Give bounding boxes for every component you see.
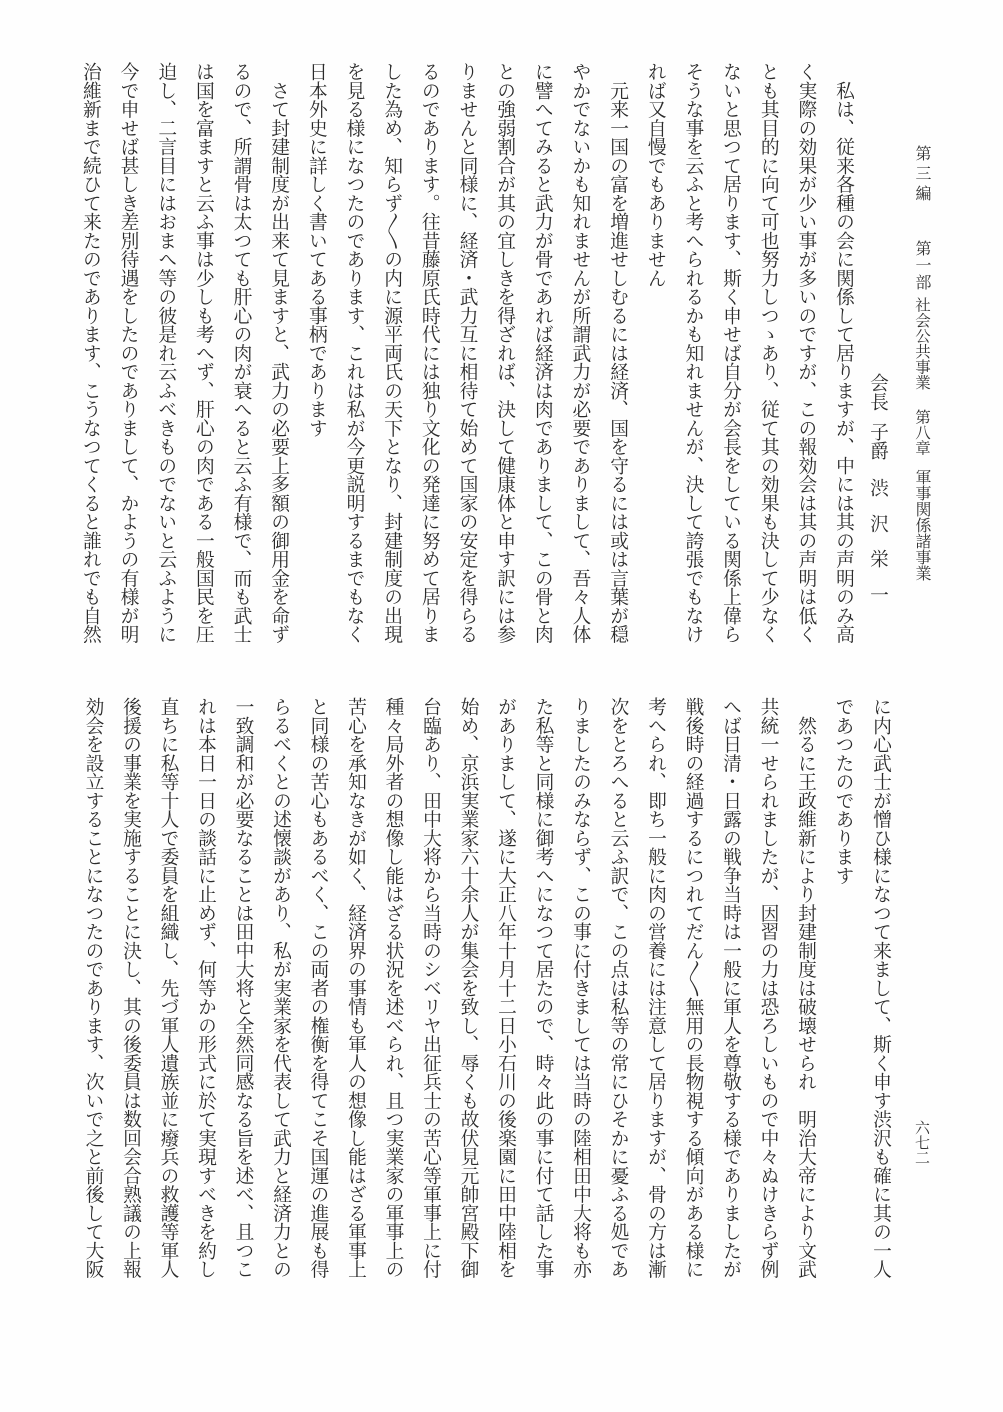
author-title: 会長 bbox=[867, 373, 888, 411]
text-column: 私は、従来各種の会に関係して居りますが、中には其の声明のみ高 bbox=[824, 62, 862, 644]
text-column: 次をとろへると云ふ訳で、この点は私等の常にひそかに憂ふる処であ bbox=[599, 697, 637, 1279]
text-column: がありまして、遂に大正八年十月十二日小石川の後楽園に田中陸相を bbox=[487, 697, 525, 1279]
header-part-label: 第三編 bbox=[913, 145, 931, 205]
text-column: 然るに王政維新により封建制度は破壊せられ 明治大帝により文武 bbox=[787, 697, 825, 1279]
author-name-char: 栄 bbox=[867, 549, 888, 568]
author-rank: 子爵 bbox=[867, 422, 888, 460]
text-column: に譬へてみると武力が骨であれば経済は肉でありまして、この骨と肉 bbox=[523, 62, 561, 644]
text-column: 効会を設立することになつたのであります、次いで之と前後して大阪 bbox=[74, 697, 112, 1279]
text-column: 直ちに私等十人で委員を組織し、先づ軍人遺族並に癈兵の救護等軍人 bbox=[149, 697, 187, 1279]
lower-text-block: に内心武士が憎ひ様になつて来まして、斯く申す渋沢も確に其の一人 であつたのであり… bbox=[74, 697, 899, 1279]
text-column: 戦後時の経過するにつれてだん〳〵無用の長物視する傾向がある様に bbox=[674, 697, 712, 1279]
text-column: りませんと同様に、経済・武力互に相待て始めて国家の安定を得らる bbox=[448, 62, 486, 644]
text-column: れば又自慢でもありません bbox=[636, 62, 674, 644]
text-column: 日本外史に詳しく書いてある事柄であります bbox=[297, 62, 335, 644]
text-column: ないと思つて居ります、斯く申せば自分が会長をしている関係上偉ら bbox=[711, 62, 749, 644]
text-column: に内心武士が憎ひ様になつて来まして、斯く申す渋沢も確に其の一人 bbox=[862, 697, 900, 1279]
text-column: とも其目的に向て可也努力しつゝあり、従て其の効果も決して少なく bbox=[749, 62, 787, 644]
document-page: 第三編 第一部 社会公共事業 第八章 軍事関係諸事業 六七二 会長子爵渋沢栄一 … bbox=[0, 0, 1003, 1412]
text-column: 考へられ、即ち一般に肉の営養には注意して居りますが、骨の方は漸 bbox=[637, 697, 675, 1279]
text-column: らるべくとの述懐談があり、私が実業家を代表して武力と経済力との bbox=[262, 697, 300, 1279]
header-chapter-title: 軍事関係諸事業 bbox=[913, 469, 931, 581]
text-column: を見る様になつたのであります、これは私が今更説明するまでもなく bbox=[335, 62, 373, 644]
text-column: るので、所謂骨は太つても肝心の肉が衰へると云ふ有様で、而も武士 bbox=[222, 62, 260, 644]
text-column: 始め、京浜実業家六十余人が集会を致し、辱くも故伏見元帥宮殿下御 bbox=[449, 697, 487, 1279]
text-column: 後援の事業を実施することに決し、其の後委員は数回会合熟議の上報 bbox=[112, 697, 150, 1279]
text-column: 今で申せば甚しき差別待遇をしたのでありまして、かようの有様が明 bbox=[109, 62, 147, 644]
text-column: 元来一国の富を増進せしむるには経済、国を守るには或は言葉が穏 bbox=[598, 62, 636, 644]
text-column: さて封建制度が出来て見ますと、武力の必要上多額の御用金を命ず bbox=[260, 62, 298, 644]
author-name-char: 渋 bbox=[867, 478, 888, 497]
page-number: 六七二 bbox=[913, 1120, 931, 1165]
text-column: した為め、知らず〳〵の内に源平両氏の天下となり、封建制度の出現 bbox=[372, 62, 410, 644]
text-column: 台臨あり、田中大将から当時のシベリヤ出征兵士の苦心等軍事上に付 bbox=[412, 697, 450, 1279]
header-section-title: 社会公共事業 bbox=[913, 297, 931, 390]
text-column: と同様の苦心もあるべく、この両者の権衡を得てこそ国運の進展も得 bbox=[299, 697, 337, 1279]
text-column: りましたのみならず、この事に付きましては当時の陸相田中大将も亦 bbox=[562, 697, 600, 1279]
text-column: 一致調和が必要なることは田中大将と全然同感なる旨を述べ、且つこ bbox=[224, 697, 262, 1279]
text-column: へば日清・日露の戦争当時は一般に軍人を尊敬する様でありましたが bbox=[712, 697, 750, 1279]
text-column: との強弱割合が其の宜しきを得ざれば、決して健康体と申す訳には参 bbox=[485, 62, 523, 644]
author-byline: 会長子爵渋沢栄一 bbox=[858, 373, 896, 633]
text-column: 治維新まで続ひて来たのであります、こうなつてくると誰れでも自然 bbox=[71, 62, 109, 644]
text-column: く実際の効果が少い事が多いのですが、この報効会は其の声明は低く bbox=[787, 62, 825, 644]
text-column: れは本日一日の談話に止めず、何等かの形式に於て実現すべきを約し bbox=[187, 697, 225, 1279]
header-chapter-label: 第八章 bbox=[913, 409, 931, 456]
text-column: は国を富ますと云ふ事は少しも考へず、肝心の肉である一般国民を圧 bbox=[184, 62, 222, 644]
upper-text-block: 私は、従来各種の会に関係して居りますが、中には其の声明のみ高 く実際の効果が少い… bbox=[71, 62, 862, 644]
text-column: た私等と同様に御考へになつて居たので、時々此の事に付て話した事 bbox=[524, 697, 562, 1279]
text-column: 迫し、二言目にはおまへ等の彼是れ云ふべきものでないと云ふように bbox=[147, 62, 185, 644]
text-column: 共統一せられましたが、因習の力は恐ろしいもので中々ぬけきらず例 bbox=[749, 697, 787, 1279]
text-column: であつたのであります bbox=[824, 697, 862, 1279]
author-name-char: 沢 bbox=[867, 514, 888, 533]
author-name-char: 一 bbox=[867, 585, 888, 604]
header-section-label: 第一部 bbox=[913, 240, 931, 291]
text-column: るのであります。往昔藤原氏時代には独り文化の発達に努めて居りま bbox=[410, 62, 448, 644]
text-column: 種々局外者の想像し能はざる状況を述べられ、且つ実業家の軍事上の bbox=[374, 697, 412, 1279]
text-column: やかでないかも知れませんが所謂武力が必要でありまして、吾々人体 bbox=[561, 62, 599, 644]
text-column: そうな事を云ふと考へられるかも知れませんが、決して誇張でもなけ bbox=[674, 62, 712, 644]
text-column: 苦心を承知なきが如く、経済界の事情も軍人の想像し能はざる軍事上 bbox=[337, 697, 375, 1279]
